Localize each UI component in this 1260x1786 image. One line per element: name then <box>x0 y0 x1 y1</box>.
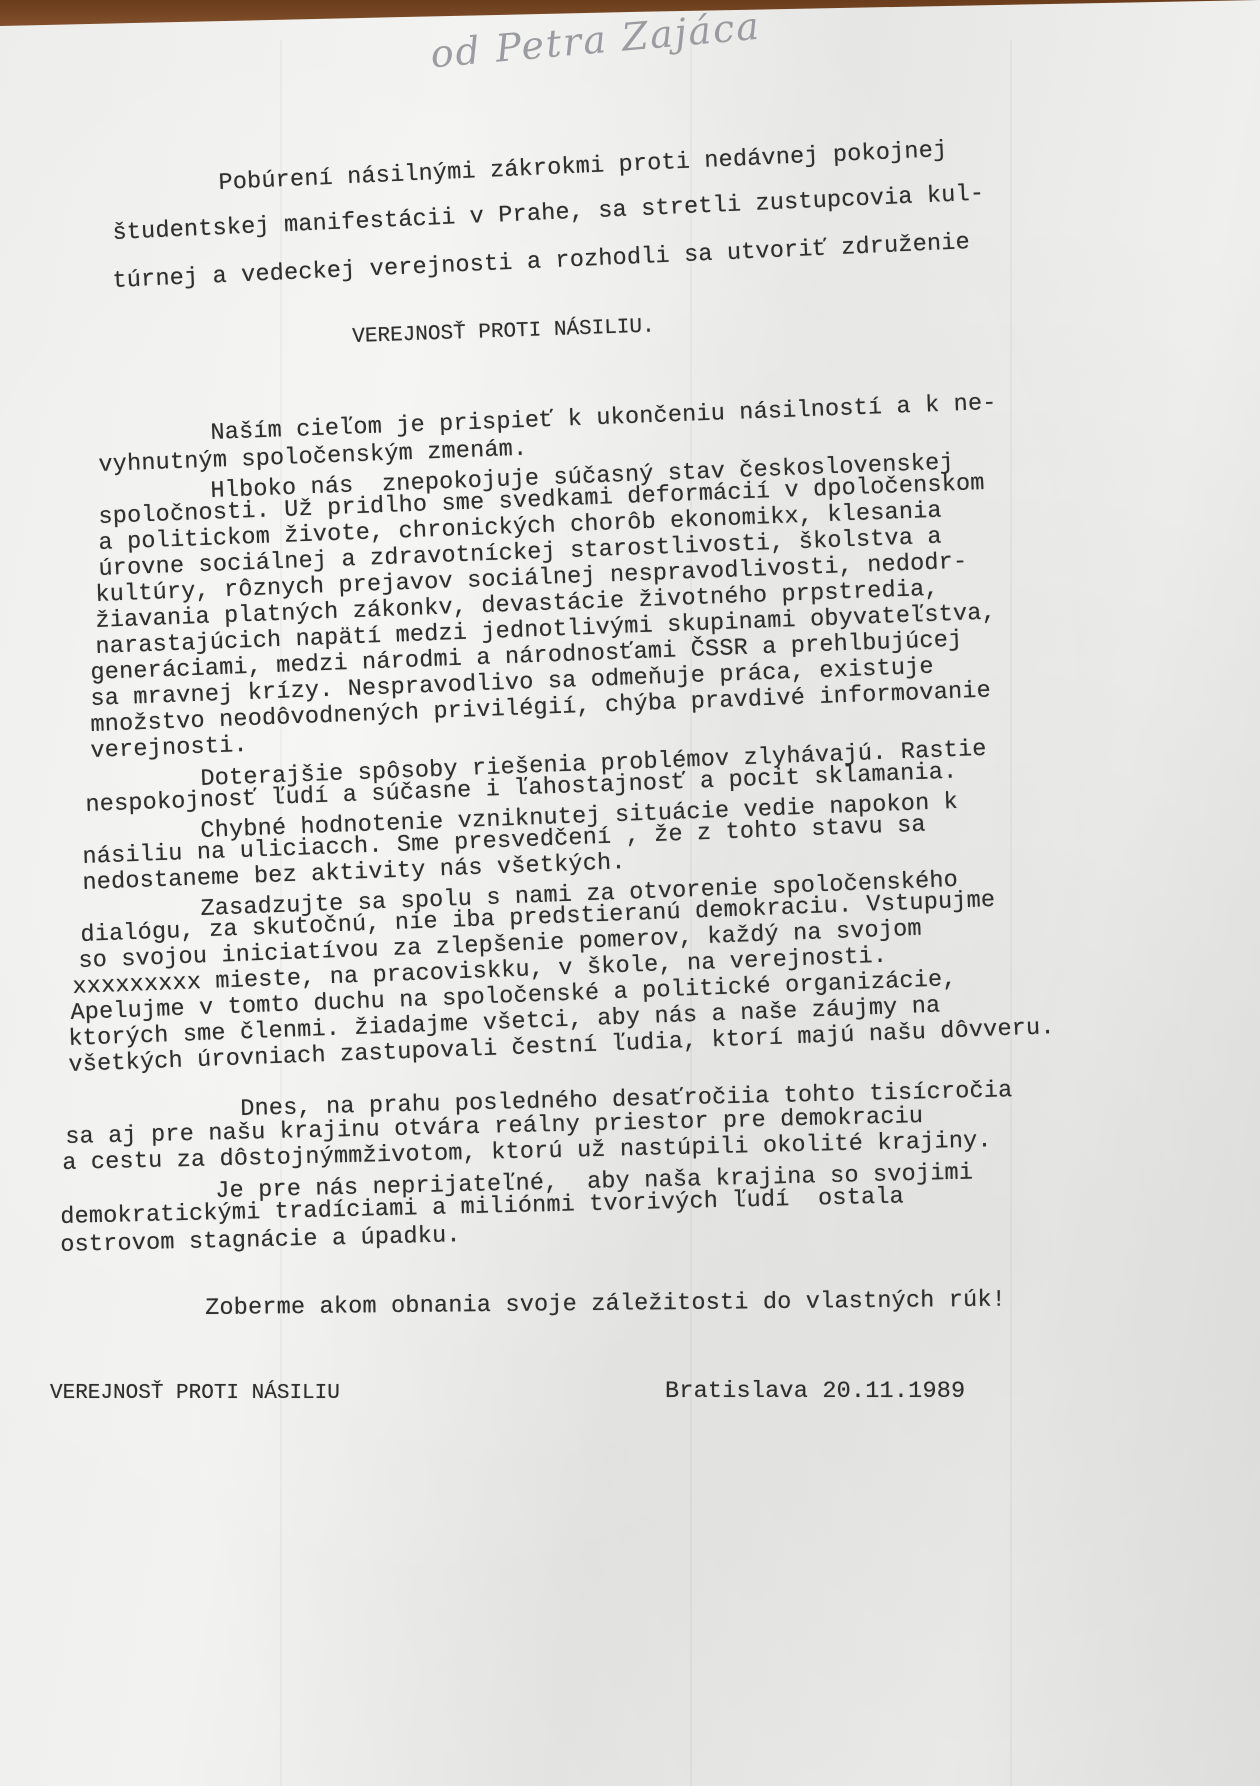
place-date: Bratislava 20.11.1989 <box>665 1378 965 1405</box>
paper-crease <box>1010 40 1012 1786</box>
signature: VEREJNOSŤ PROTI NÁSILIU <box>50 1382 340 1405</box>
